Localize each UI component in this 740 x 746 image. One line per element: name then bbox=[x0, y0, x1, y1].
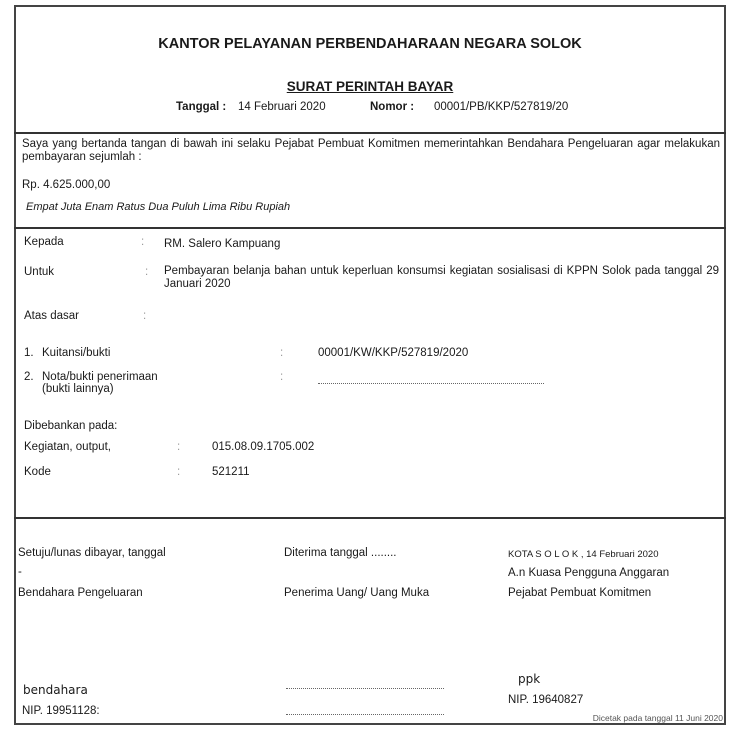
document-title: SURAT PERINTAH BAYAR bbox=[0, 80, 740, 94]
penerima-role: Penerima Uang/ Uang Muka bbox=[284, 586, 429, 600]
colon: : bbox=[177, 465, 180, 479]
penerima-signature-line bbox=[286, 688, 444, 689]
amount: Rp. 4.625.000,00 bbox=[22, 178, 110, 192]
section-divider bbox=[14, 227, 726, 229]
nomor-value: 00001/PB/KKP/527819/20 bbox=[434, 100, 568, 114]
tanggal-label: Tanggal : bbox=[176, 100, 226, 114]
ppk-nip: NIP. 19640827 bbox=[508, 693, 583, 707]
kepada-label: Kepada bbox=[24, 235, 64, 249]
kode-value: 521211 bbox=[212, 465, 250, 479]
untuk-label: Untuk bbox=[24, 265, 54, 279]
colon: : bbox=[280, 370, 283, 384]
ppk-name: ppk bbox=[518, 672, 540, 686]
ppk-role: Pejabat Pembuat Komitmen bbox=[508, 586, 651, 600]
colon: : bbox=[141, 235, 144, 249]
section-divider bbox=[14, 132, 726, 134]
atas-dasar-label: Atas dasar bbox=[24, 309, 79, 323]
setuju-date: - bbox=[18, 565, 22, 579]
printed-date: Dicetak pada tanggal 11 Juni 2020 bbox=[593, 711, 723, 725]
office-title: KANTOR PELAYANAN PERBENDAHARAAN NEGARA S… bbox=[0, 37, 740, 51]
kepada-value: RM. Salero Kampuang bbox=[164, 237, 280, 251]
an-kpa: A.n Kuasa Pengguna Anggaran bbox=[508, 566, 669, 580]
nomor-label: Nomor : bbox=[370, 100, 414, 114]
dibebankan-label: Dibebankan pada: bbox=[24, 419, 117, 433]
item-number: 2. bbox=[24, 370, 34, 384]
tanggal-value: 14 Februari 2020 bbox=[238, 100, 326, 114]
kegiatan-label: Kegiatan, output, bbox=[24, 440, 111, 454]
nota-value-line bbox=[318, 383, 544, 384]
penerima-nip-line bbox=[286, 714, 444, 715]
bendahara-name: bendahara bbox=[23, 683, 88, 697]
colon: : bbox=[145, 265, 148, 279]
colon: : bbox=[177, 440, 180, 454]
bendahara-nip: NIP. 19951128: bbox=[22, 704, 100, 718]
bendahara-role: Bendahara Pengeluaran bbox=[18, 586, 143, 600]
colon: : bbox=[143, 309, 146, 323]
place-date: KOTA S O L O K , 14 Februari 2020 bbox=[508, 548, 659, 562]
kuitansi-value: 00001/KW/KKP/527819/2020 bbox=[318, 346, 468, 360]
nota-label-sub: (bukti lainnya) bbox=[42, 382, 114, 396]
item-number: 1. bbox=[24, 346, 34, 360]
section-divider bbox=[14, 517, 726, 519]
kegiatan-value: 015.08.09.1705.002 bbox=[212, 440, 314, 454]
kuitansi-label: Kuitansi/bukti bbox=[42, 346, 110, 360]
colon: : bbox=[280, 346, 283, 360]
diterima-label: Diterima tanggal ........ bbox=[284, 546, 397, 560]
kode-label: Kode bbox=[24, 465, 51, 479]
amount-in-words: Empat Juta Enam Ratus Dua Puluh Lima Rib… bbox=[26, 200, 290, 214]
setuju-label: Setuju/lunas dibayar, tanggal bbox=[18, 546, 166, 560]
untuk-value: Pembayaran belanja bahan untuk keperluan… bbox=[164, 265, 719, 291]
instruction-text: Saya yang bertanda tangan di bawah ini s… bbox=[22, 138, 720, 164]
